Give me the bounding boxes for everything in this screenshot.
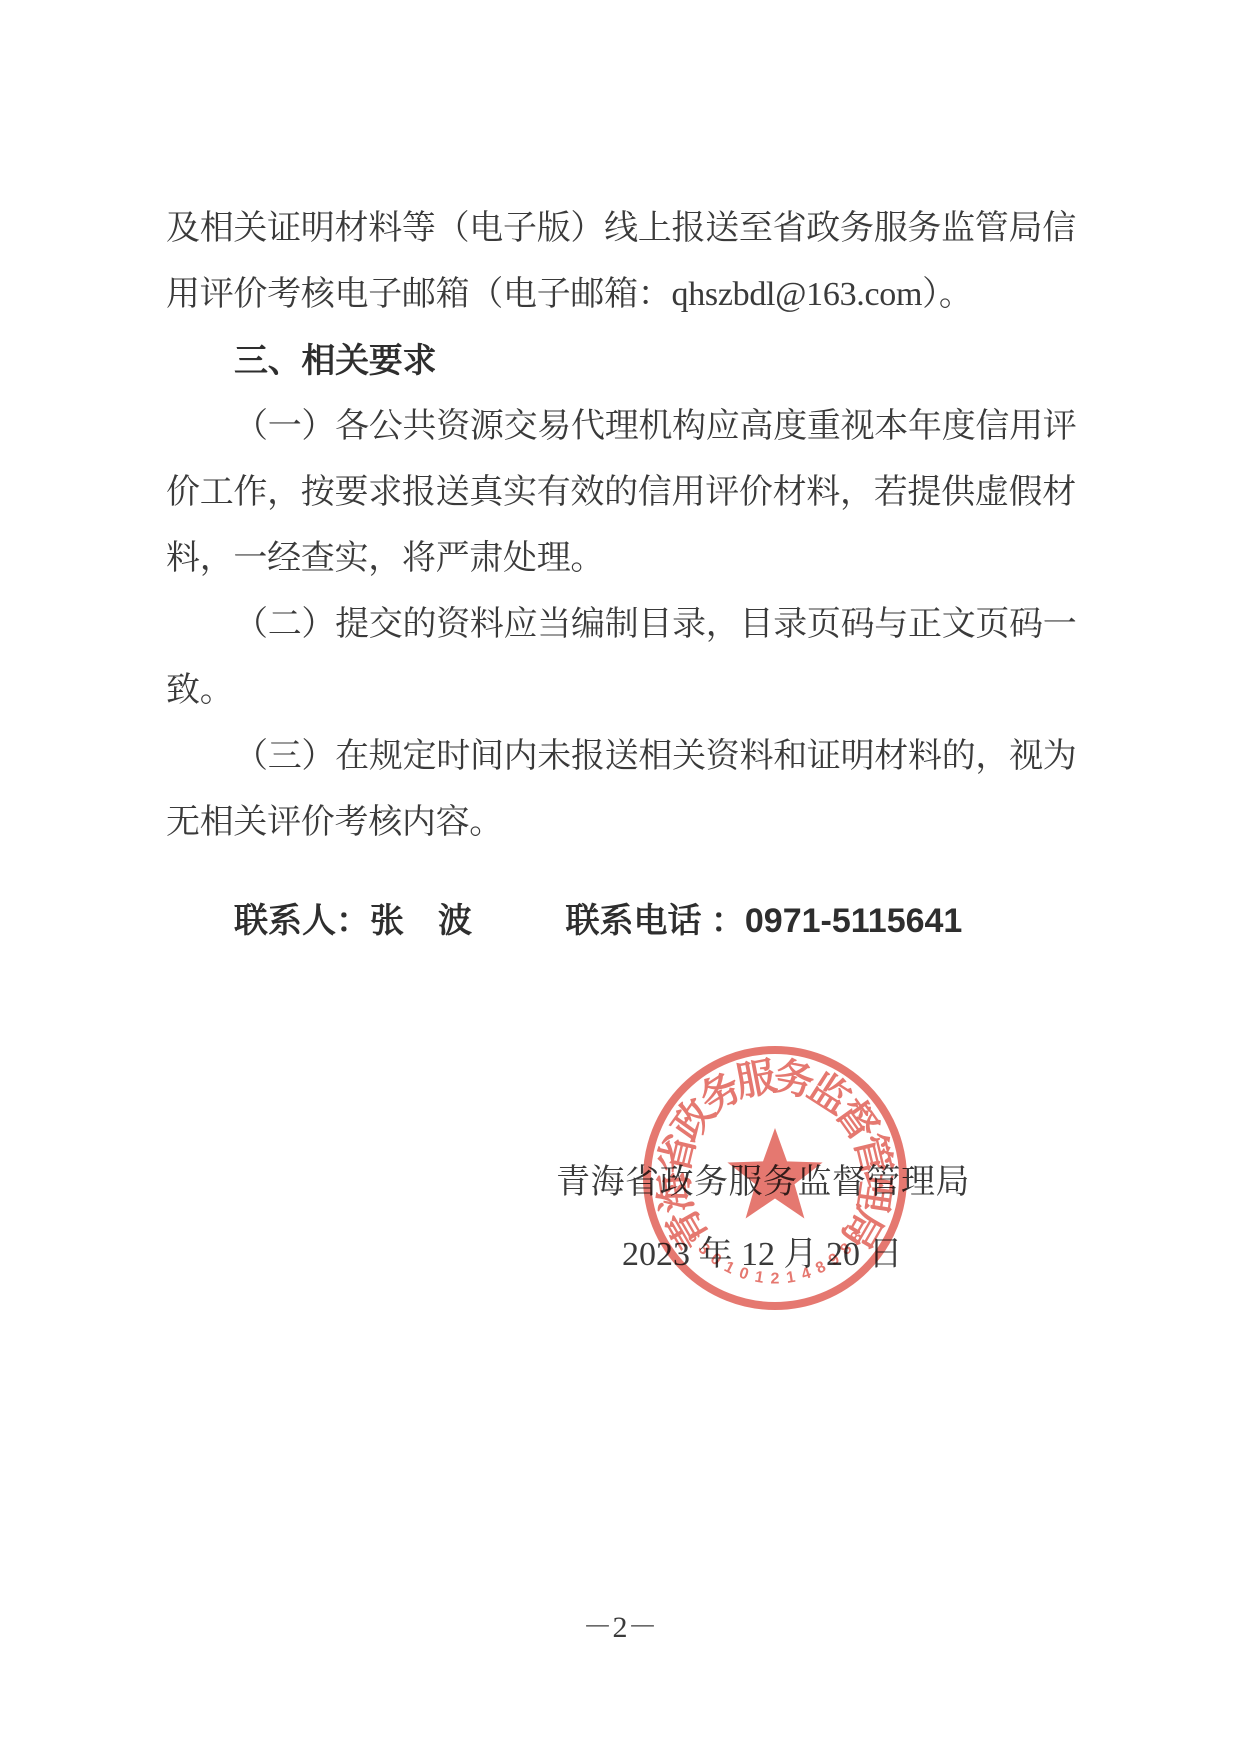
contact-phone: 联系电话 ：0971-5115641	[565, 902, 962, 940]
body-line: 价工作，按要求报送真实有效的信用评价材料，若提供虚假材	[166, 460, 1096, 526]
seal-ring-char: 监	[800, 1065, 857, 1124]
document-body: 及相关证明材料等（电子版）线上报送至省政务服务监管局信 用评价考核电子邮箱（电子…	[166, 196, 1096, 856]
body-line: 料，一经查实，将严肃处理。	[166, 526, 1096, 592]
body-line: 致。	[166, 658, 1096, 724]
section-heading: 三、相关要求	[166, 328, 1096, 394]
body-line: （一）各公共资源交易代理机构应高度重视本年度信用评	[166, 394, 1096, 460]
document-page: 及相关证明材料等（电子版）线上报送至省政务服务监管局信 用评价考核电子邮箱（电子…	[0, 0, 1240, 1753]
contact-person: 联系人：张 波	[234, 902, 472, 940]
contact-line: 联系人：张 波 联系电话 ：0971-5115641	[234, 898, 962, 944]
body-line: 无相关评价考核内容。	[166, 790, 1096, 856]
seal-ring-char: 务	[692, 1065, 749, 1124]
body-line: 及相关证明材料等（电子版）线上报送至省政务服务监管局信	[166, 196, 1096, 262]
signature-agency: 青海省政务服务监督管理局	[556, 1154, 970, 1203]
body-line: 用评价考核电子邮箱（电子邮箱：qhszbdl@163.com）。	[166, 262, 1096, 328]
page-number: －2－	[0, 1602, 1240, 1646]
signature-date: 2023 年 12 月 20 日	[622, 1226, 903, 1275]
seal-ring-char: 服	[732, 1054, 780, 1105]
body-line: （二）提交的资料应当编制目录，目录页码与正文页码一	[166, 592, 1096, 658]
seal-ring-char: 务	[770, 1054, 818, 1105]
seal-ring-char: 政	[664, 1091, 723, 1149]
body-line: （三）在规定时间内未报送相关资料和证明材料的，视为	[166, 724, 1096, 790]
seal-ring-char: 督	[827, 1091, 886, 1149]
